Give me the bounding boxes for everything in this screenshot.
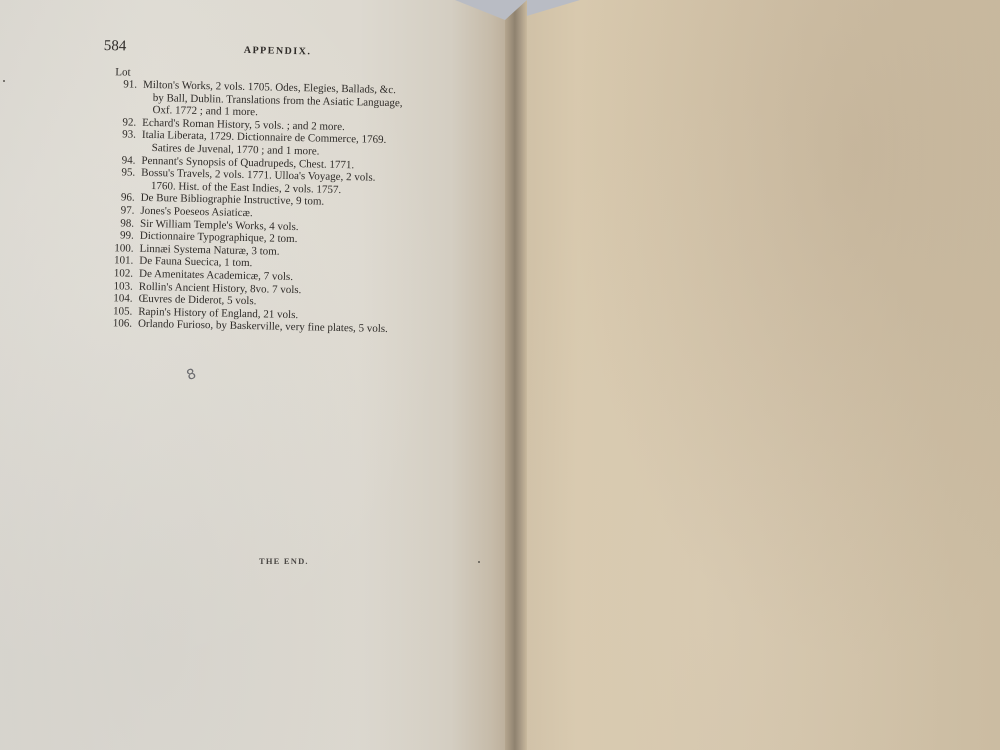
- lot-number: 95.: [101, 166, 142, 192]
- the-end-label: THE END.: [259, 556, 309, 566]
- lot-number: 93.: [102, 128, 143, 154]
- lot-number: 97.: [100, 204, 140, 217]
- book-gutter: [505, 0, 527, 750]
- lot-number: 91.: [102, 78, 143, 117]
- right-page-blank: [520, 0, 1000, 750]
- page-number: 584: [104, 38, 244, 58]
- lot-number: 103.: [99, 279, 139, 292]
- lot-number: 101.: [99, 254, 139, 267]
- lot-number: 94.: [101, 154, 141, 167]
- lot-number: 98.: [100, 216, 140, 229]
- paper-speck: [478, 561, 480, 563]
- paper-speck: [3, 80, 5, 82]
- lot-list: 91.Milton's Works, 2 vols. 1705. Odes, E…: [98, 78, 483, 338]
- lot-number: 92.: [102, 116, 142, 129]
- lot-number: 100.: [99, 242, 139, 255]
- lot-number: 99.: [100, 229, 140, 242]
- lot-number: 96.: [101, 191, 141, 204]
- lot-number: 102.: [99, 267, 139, 280]
- running-title: APPENDIX.: [244, 45, 312, 57]
- lot-number: 105.: [98, 305, 138, 318]
- lot-number: 106.: [98, 317, 138, 330]
- page-text-block: 584 APPENDIX. Lot 91.Milton's Works, 2 v…: [98, 38, 484, 338]
- lot-number: 104.: [98, 292, 138, 305]
